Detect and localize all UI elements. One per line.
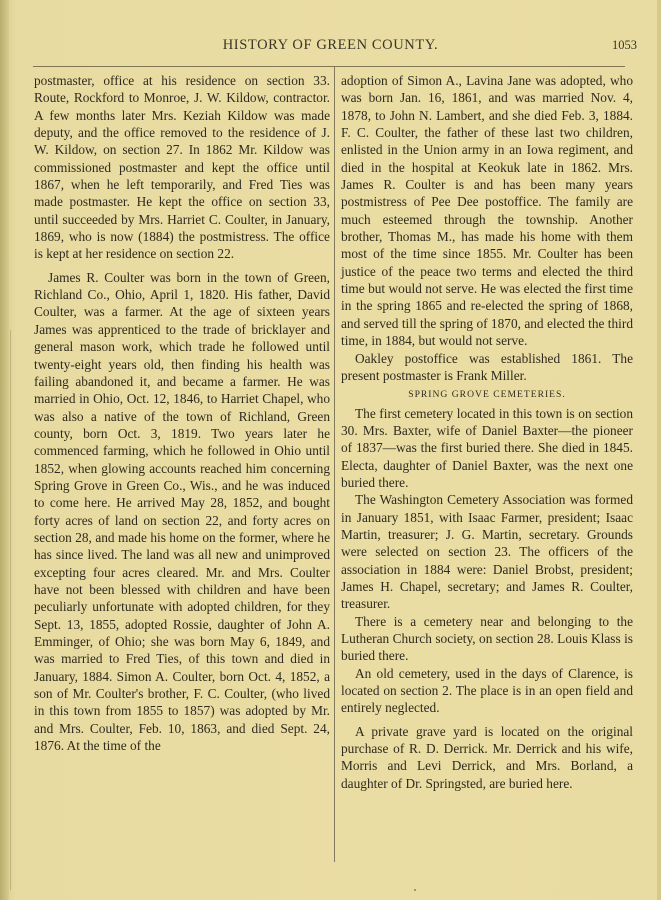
book-binding-edge: [0, 0, 9, 900]
paragraph: A private grave yard is located on the o…: [341, 723, 633, 792]
print-speck: [414, 889, 416, 891]
running-title: HISTORY OF GREEN COUNTY.: [0, 37, 661, 54]
paragraph: adoption of Simon A., Lavina Jane was ad…: [341, 72, 633, 350]
book-page: HISTORY OF GREEN COUNTY. 1053 postmaster…: [0, 0, 661, 900]
paragraph: There is a cemetery near and belonging t…: [341, 613, 633, 665]
column-divider: [334, 67, 335, 862]
paragraph: James R. Coulter was born in the town of…: [34, 269, 330, 755]
paragraph: The first cemetery located in this town …: [341, 405, 633, 492]
running-header: HISTORY OF GREEN COUNTY. 1053: [0, 37, 661, 57]
page-number: 1053: [612, 38, 637, 53]
binding-shadow-line: [10, 330, 11, 890]
paragraph: The Washington Cemetery Association was …: [341, 491, 633, 612]
page-right-edge: [657, 0, 661, 900]
left-column: postmaster, office at his residence on s…: [34, 72, 330, 754]
paragraph: postmaster, office at his residence on s…: [34, 72, 330, 263]
section-heading: SPRING GROVE CEMETERIES.: [341, 386, 633, 403]
paragraph: Oakley postoffice was established 1861. …: [341, 350, 633, 385]
paragraph: An old cemetery, used in the days of Cla…: [341, 665, 633, 717]
header-rule: [33, 66, 625, 67]
right-column: adoption of Simon A., Lavina Jane was ad…: [341, 72, 633, 792]
